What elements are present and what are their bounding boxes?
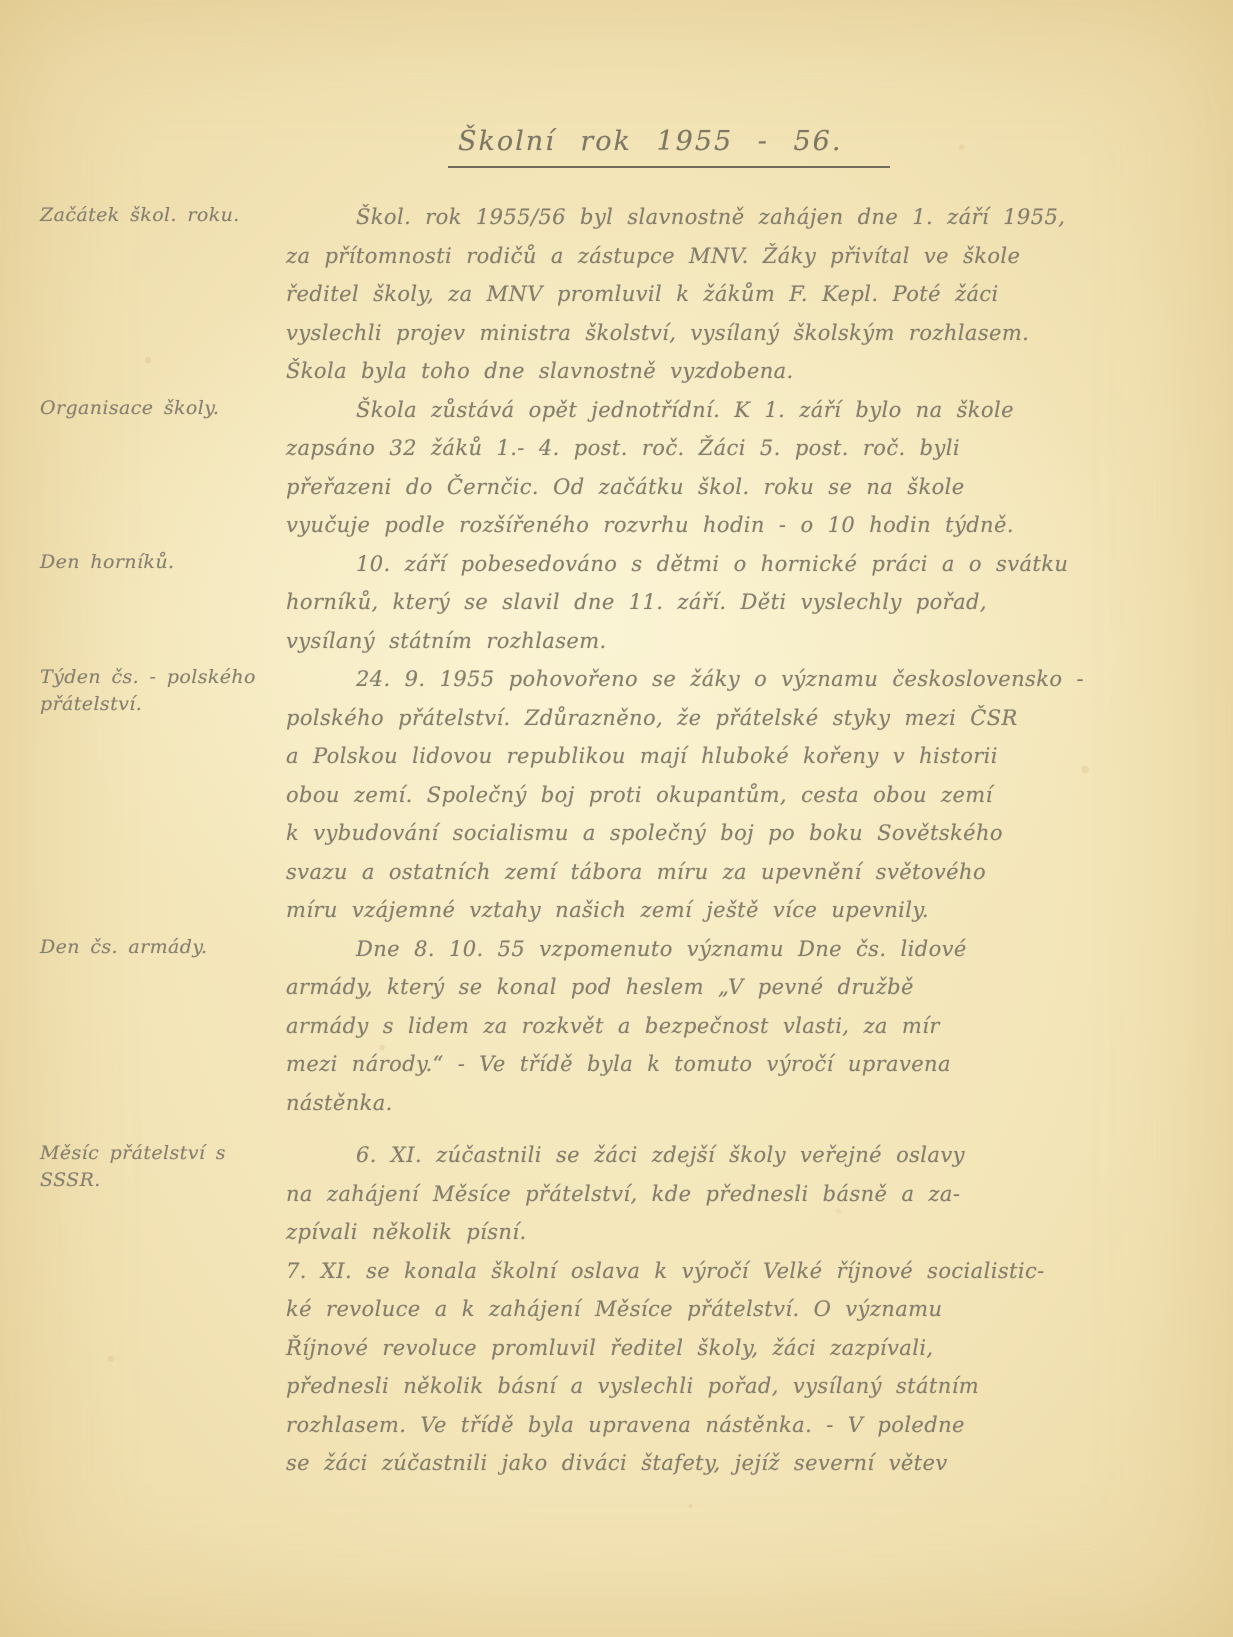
- section-body: Škola zůstává opět jednotřídní. K 1. zář…: [286, 391, 1233, 545]
- chronicle-section: Měsíc přátelství s SSSR. 6. XI. zúčastni…: [0, 1136, 1233, 1483]
- handwritten-line: horníků, který se slavil dne 11. září. D…: [286, 583, 1233, 622]
- handwritten-line: armády s lidem za rozkvět a bezpečnost v…: [286, 1007, 1233, 1046]
- margin-heading: Den horníků.: [0, 545, 286, 576]
- handwritten-line: za přítomnosti rodičů a zástupce MNV. Žá…: [286, 237, 1233, 276]
- handwritten-line: ředitel školy, za MNV promluvil k žákům …: [286, 275, 1233, 314]
- chronicle-section: Den horníků. 10. září pobesedováno s dět…: [0, 545, 1233, 661]
- handwritten-line: 6. XI. zúčastnili se žáci zdejší školy v…: [286, 1136, 1233, 1175]
- chronicle-page: Školní rok 1955 - 56. Začátek škol. roku…: [0, 0, 1233, 1637]
- handwritten-line: Škola byla toho dne slavnostně vyzdobena…: [286, 352, 1233, 391]
- handwritten-line: míru vzájemné vztahy našich zemí ještě v…: [286, 891, 1233, 930]
- handwritten-line: mezi národy.“ - Ve třídě byla k tomuto v…: [286, 1045, 1233, 1084]
- handwritten-line: zapsáno 32 žáků 1.- 4. post. roč. Žáci 5…: [286, 429, 1233, 468]
- chronicle-section: Týden čs. - polského přátelství. 24. 9. …: [0, 660, 1233, 930]
- handwritten-line: Říjnové revoluce promluvil ředitel školy…: [286, 1329, 1233, 1368]
- handwritten-line: ké revoluce a k zahájení Měsíce přátelst…: [286, 1290, 1233, 1329]
- handwritten-line: zpívali několik písní.: [286, 1213, 1233, 1252]
- handwritten-line: armády, který se konal pod heslem „V pev…: [286, 968, 1233, 1007]
- handwritten-line: Škol. rok 1955/56 byl slavnostně zahájen…: [286, 198, 1233, 237]
- chronicle-section: Den čs. armády. Dne 8. 10. 55 vzpomenuto…: [0, 930, 1233, 1123]
- handwritten-line: vysílaný státním rozhlasem.: [286, 622, 1233, 661]
- handwritten-line: svazu a ostatních zemí tábora míru za up…: [286, 853, 1233, 892]
- handwritten-line: Dne 8. 10. 55 vzpomenuto významu Dne čs.…: [286, 930, 1233, 969]
- handwritten-line: 7. XI. se konala školní oslava k výročí …: [286, 1252, 1233, 1291]
- chronicle-sections: Začátek škol. roku. Škol. rok 1955/56 by…: [0, 198, 1233, 1483]
- handwritten-line: obou zemí. Společný boj proti okupantům,…: [286, 776, 1233, 815]
- margin-heading: Den čs. armády.: [0, 930, 286, 961]
- handwritten-line: polského přátelství. Zdůrazněno, že přát…: [286, 699, 1233, 738]
- section-body: 24. 9. 1955 pohovořeno se žáky o významu…: [286, 660, 1233, 930]
- handwritten-line: nástěnka.: [286, 1084, 1233, 1123]
- handwritten-line: rozhlasem. Ve třídě byla upravena nástěn…: [286, 1406, 1233, 1445]
- page-title: Školní rok 1955 - 56.: [448, 126, 890, 168]
- chronicle-section: Začátek škol. roku. Škol. rok 1955/56 by…: [0, 198, 1233, 391]
- handwritten-line: na zahájení Měsíce přátelství, kde předn…: [286, 1175, 1233, 1214]
- margin-heading: Organisace školy.: [0, 391, 286, 422]
- handwritten-line: 10. září pobesedováno s dětmi o hornické…: [286, 545, 1233, 584]
- handwritten-line: Škola zůstává opět jednotřídní. K 1. zář…: [286, 391, 1233, 430]
- handwritten-line: přeřazeni do Černčic. Od začátku škol. r…: [286, 468, 1233, 507]
- handwritten-line: vyslechli projev ministra školství, vysí…: [286, 314, 1233, 353]
- handwritten-line: k vybudování socialismu a společný boj p…: [286, 814, 1233, 853]
- section-body: Dne 8. 10. 55 vzpomenuto významu Dne čs.…: [286, 930, 1233, 1123]
- handwritten-line: přednesli několik básní a vyslechli pořa…: [286, 1367, 1233, 1406]
- section-body: 6. XI. zúčastnili se žáci zdejší školy v…: [286, 1136, 1233, 1483]
- margin-heading: Začátek škol. roku.: [0, 198, 286, 229]
- margin-heading: Měsíc přátelství s SSSR.: [0, 1136, 286, 1194]
- section-body: Škol. rok 1955/56 byl slavnostně zahájen…: [286, 198, 1233, 391]
- handwritten-line: vyučuje podle rozšířeného rozvrhu hodin …: [286, 506, 1233, 545]
- margin-heading: Týden čs. - polského přátelství.: [0, 660, 286, 718]
- handwritten-line: a Polskou lidovou republikou mají hlubok…: [286, 737, 1233, 776]
- page-title-wrap: Školní rok 1955 - 56.: [448, 0, 890, 168]
- chronicle-section: Organisace školy. Škola zůstává opět jed…: [0, 391, 1233, 545]
- handwritten-line: 24. 9. 1955 pohovořeno se žáky o významu…: [286, 660, 1233, 699]
- section-body: 10. září pobesedováno s dětmi o hornické…: [286, 545, 1233, 661]
- handwritten-line: se žáci zúčastnili jako diváci štafety, …: [286, 1444, 1233, 1483]
